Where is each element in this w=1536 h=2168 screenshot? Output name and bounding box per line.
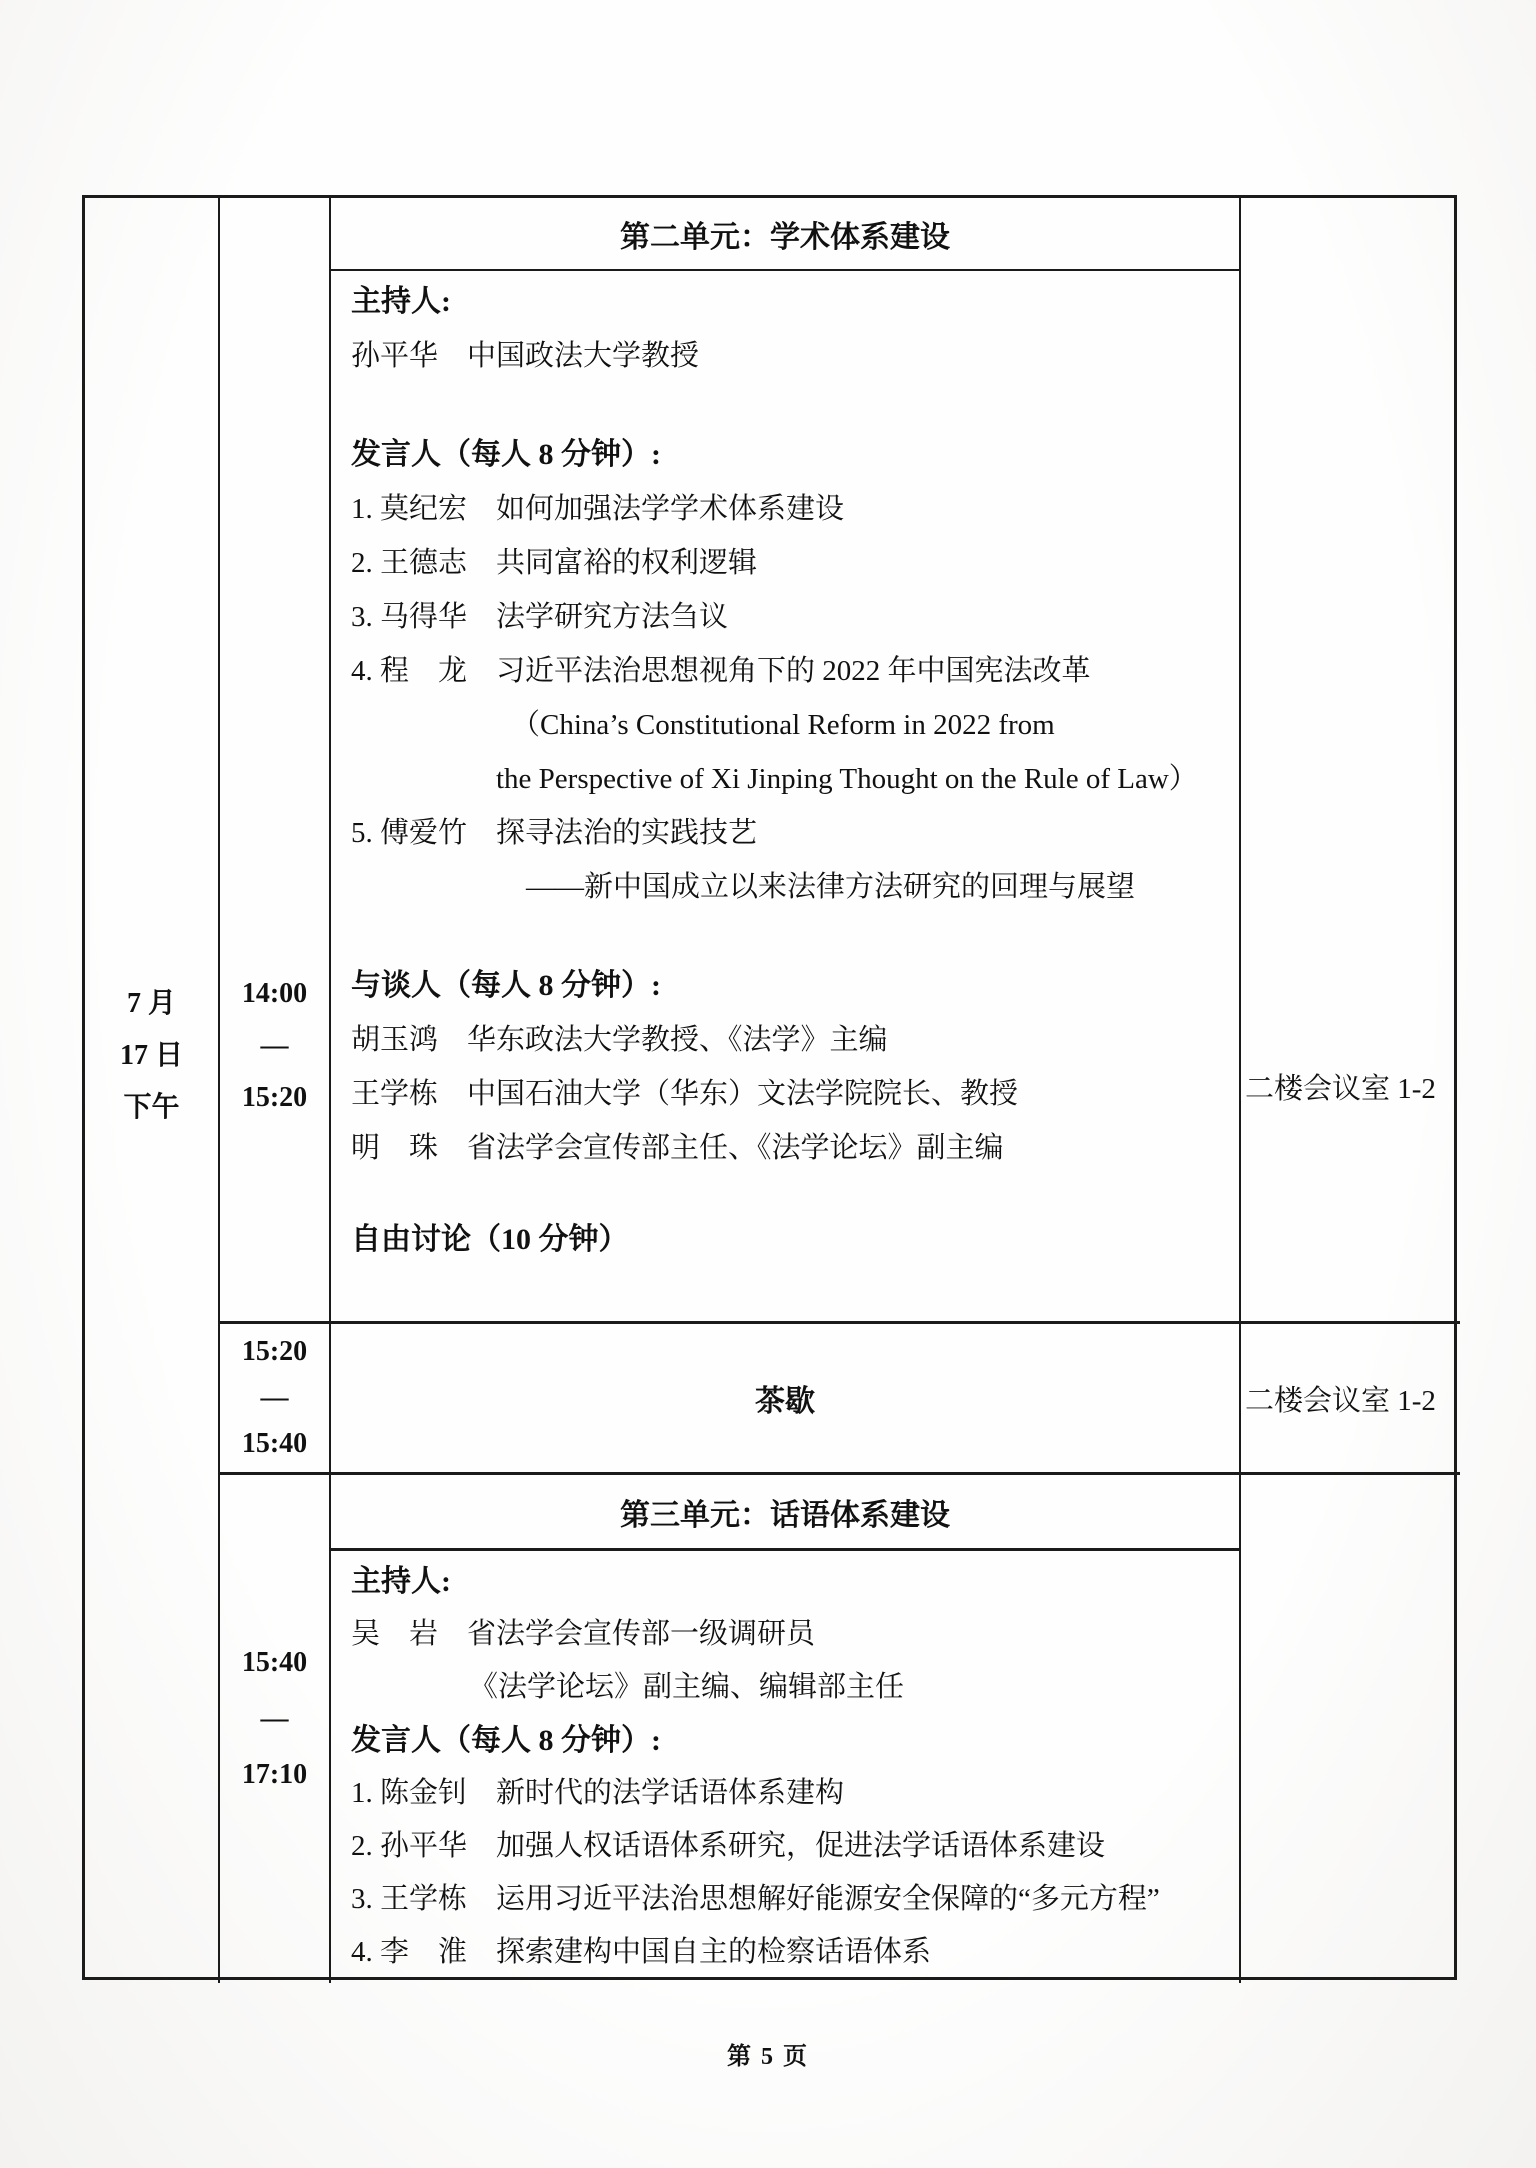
session1-unit-title: 第二单元：学术体系建设 — [331, 198, 1239, 271]
session1-host-label: 主持人: — [351, 275, 1233, 329]
session1-discussant-1: 胡玉鸿 华东政法大学教授、《法学》主编 — [351, 1013, 1233, 1067]
session2-speaker-2: 2. 孙平华 加强人权话语体系研究，促进法学话语体系建设 — [351, 1820, 1233, 1873]
session2-host-label: 主持人: — [351, 1555, 1233, 1608]
tea-break-time-cell: 15:20 — 15:40 — [220, 1324, 331, 1475]
session1-time-start: 14:00 — [220, 968, 329, 1020]
date-month: 7 月 — [85, 978, 218, 1030]
date-cell: 7 月 17 日 下午 — [85, 198, 220, 1983]
date-day: 17 日 — [85, 1030, 218, 1082]
session1-host: 孙平华 中国政法大学教授 — [351, 329, 1233, 383]
session1-speaker-5-subtitle: ——新中国成立以来法律方法研究的回理与展望 — [351, 860, 1233, 914]
session2-body: 主持人: 吴 岩 省法学会宣传部一级调研员 《法学论坛》副主编、编辑部主任 发言… — [331, 1551, 1239, 1979]
page-number: 第 5 页 — [0, 2036, 1536, 2071]
session2-unit-title: 第三单元：话语体系建设 — [331, 1475, 1239, 1551]
session1-discussants-label: 与谈人（每人 8 分钟）: — [351, 959, 1233, 1013]
date-period: 下午 — [85, 1082, 218, 1134]
session1-location: 二楼会议室 1-2 — [1245, 1073, 1436, 1105]
tea-break-time-dash: — — [220, 1375, 329, 1421]
session2-time-end: 17:10 — [220, 1747, 329, 1803]
session1-discussant-2: 王学栋 中国石油大学（华东）文法学院院长、教授 — [351, 1067, 1233, 1121]
session1-free-discussion: 自由讨论（10 分钟） — [351, 1213, 1233, 1267]
session1-speaker-4-english-2: the Perspective of Xi Jinping Thought on… — [351, 752, 1233, 806]
session1-time-dash: — — [220, 1020, 329, 1072]
session1-time-end: 15:20 — [220, 1072, 329, 1124]
session1-speaker-5: 5. 傅爱竹 探寻法治的实践技艺 — [351, 806, 1233, 860]
session1-time-cell: 14:00 — 15:20 — [220, 198, 331, 1324]
tea-break-content-cell: 茶歇 — [331, 1324, 1241, 1475]
agenda-table: 7 月 17 日 下午 14:00 — 15:20 第二单元：学术体系建设 主持… — [82, 195, 1457, 1980]
session1-speaker-2: 2. 王德志 共同富裕的权利逻辑 — [351, 536, 1233, 590]
session2-time-cell: 15:40 — 17:10 — [220, 1475, 331, 1983]
tea-break-time-end: 15:40 — [220, 1421, 329, 1467]
session1-speaker-1: 1. 莫纪宏 如何加强法学学术体系建设 — [351, 482, 1233, 536]
session2-time-dash: — — [220, 1691, 329, 1747]
session1-speakers-label: 发言人（每人 8 分钟）: — [351, 428, 1233, 482]
session2-content-cell: 第三单元：话语体系建设 主持人: 吴 岩 省法学会宣传部一级调研员 《法学论坛》… — [331, 1475, 1241, 1983]
spacer — [351, 914, 1233, 959]
tea-break-title: 茶歇 — [755, 1376, 815, 1420]
tea-break-time-start: 15:20 — [220, 1329, 329, 1375]
session2-speakers-label: 发言人（每人 8 分钟）: — [351, 1714, 1233, 1767]
tea-break-location-cell: 二楼会议室 1-2 — [1241, 1324, 1460, 1475]
session2-speaker-4: 4. 李 淮 探索建构中国自主的检察话语体系 — [351, 1926, 1233, 1979]
session2-host-line-1: 吴 岩 省法学会宣传部一级调研员 — [351, 1608, 1233, 1661]
session2-host-line-2: 《法学论坛》副主编、编辑部主任 — [351, 1661, 1233, 1714]
session2-speaker-3: 3. 王学栋 运用习近平法治思想解好能源安全保障的“多元方程” — [351, 1873, 1233, 1926]
session1-body: 主持人: 孙平华 中国政法大学教授 发言人（每人 8 分钟）: 1. 莫纪宏 如… — [331, 271, 1239, 1267]
spacer — [351, 1175, 1233, 1213]
tea-break-location: 二楼会议室 1-2 — [1245, 1378, 1436, 1419]
session1-speaker-4: 4. 程 龙 习近平法治思想视角下的 2022 年中国宪法改革 — [351, 644, 1233, 698]
session1-discussant-3: 明 珠 省法学会宣传部主任、《法学论坛》副主编 — [351, 1121, 1233, 1175]
session1-speaker-3: 3. 马得华 法学研究方法刍议 — [351, 590, 1233, 644]
session2-speaker-1: 1. 陈金钊 新时代的法学话语体系建构 — [351, 1767, 1233, 1820]
session2-time-start: 15:40 — [220, 1635, 329, 1691]
session1-content-cell: 第二单元：学术体系建设 主持人: 孙平华 中国政法大学教授 发言人（每人 8 分… — [331, 198, 1241, 1324]
session2-location-cell — [1241, 1475, 1460, 1983]
session1-location-cell: 二楼会议室 1-2 — [1241, 198, 1460, 1324]
session1-speaker-4-english-1: （China’s Constitutional Reform in 2022 f… — [351, 698, 1233, 752]
spacer — [351, 383, 1233, 428]
